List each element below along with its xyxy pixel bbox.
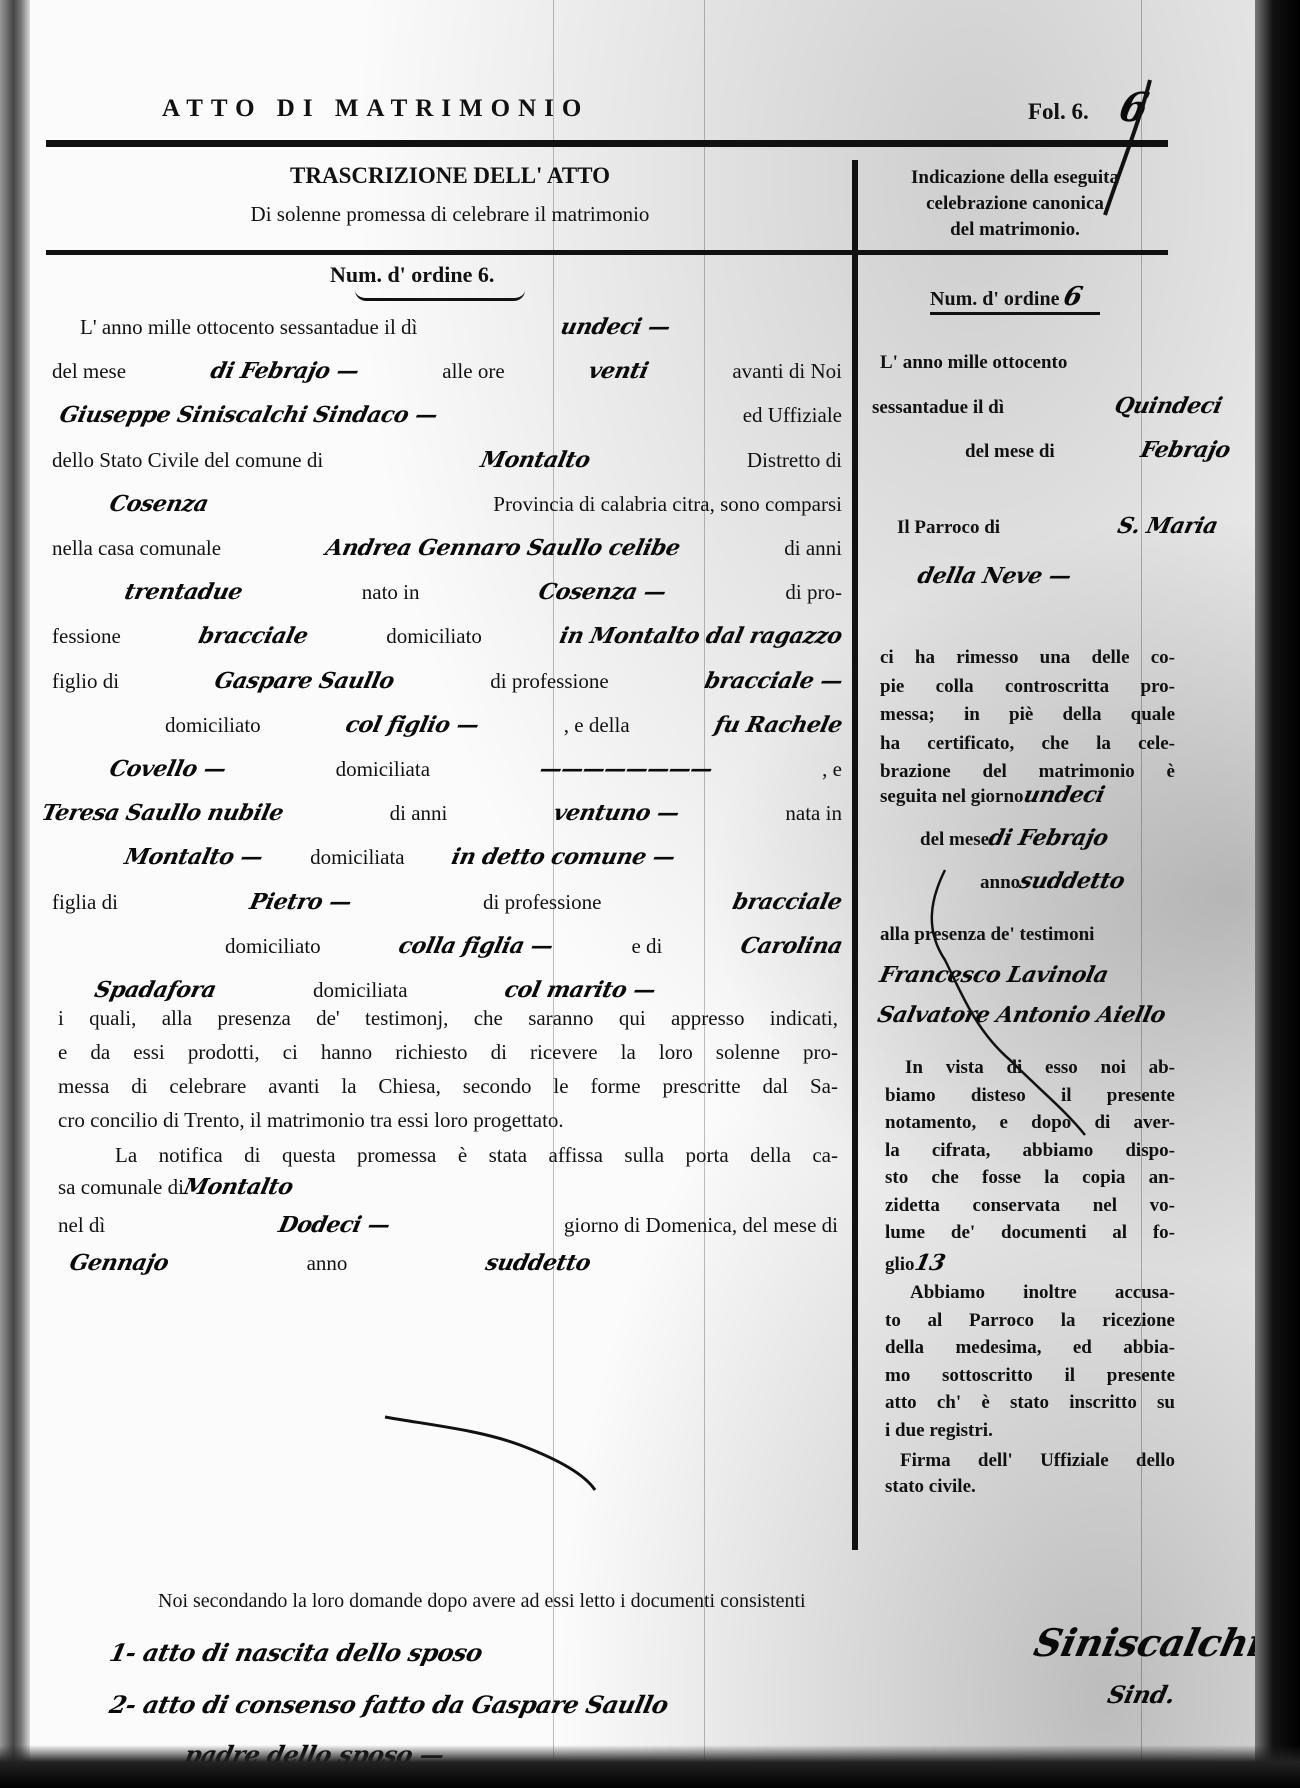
page-edge-right bbox=[1255, 0, 1300, 1788]
page-edge-bottom bbox=[0, 1745, 1300, 1788]
document-page: ATTO DI MATRIMONIO Fol. 6. 6 TRASCRIZION… bbox=[0, 0, 1300, 1788]
pen-strokes bbox=[0, 0, 1300, 1788]
